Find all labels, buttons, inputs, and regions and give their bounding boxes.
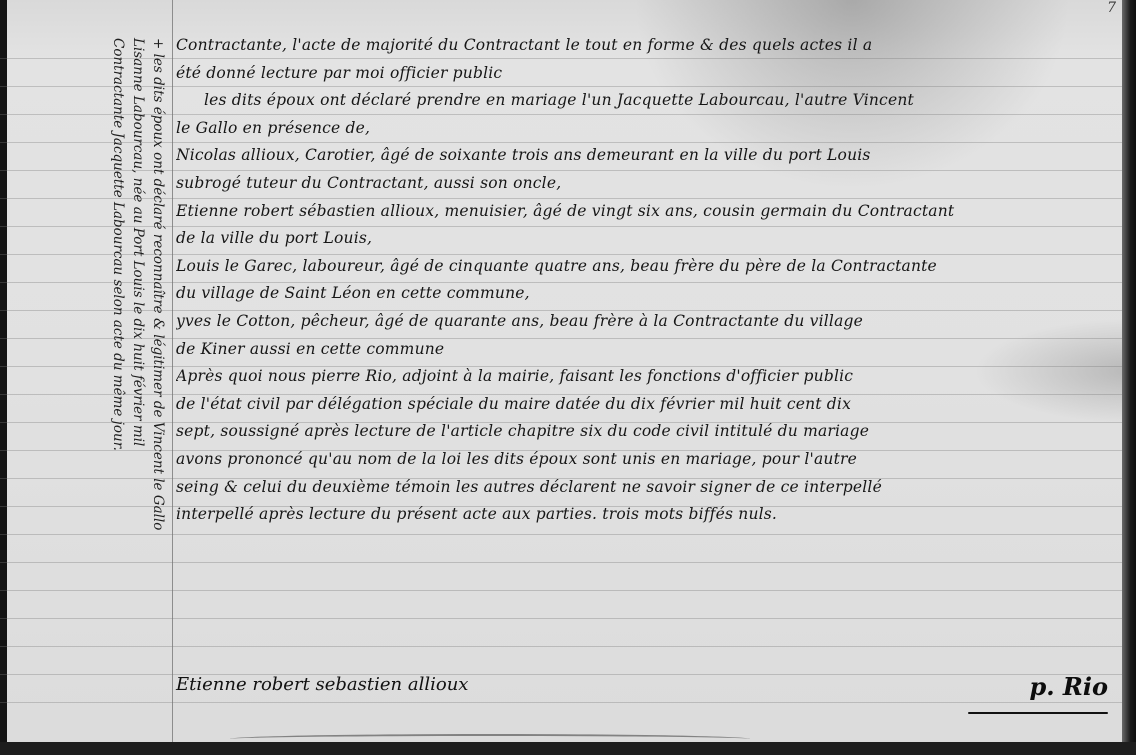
record-line: yves le Cotton, pêcheur, âgé de quarante…	[176, 308, 1116, 336]
record-line: Nicolas allioux, Carotier, âgé de soixan…	[176, 142, 1116, 170]
record-line: Louis le Garec, laboureur, âgé de cinqua…	[176, 253, 1116, 281]
page-number: 7	[1107, 0, 1116, 16]
record-line: Etienne robert sébastien allioux, menuis…	[176, 198, 1116, 226]
record-line: seing & celui du deuxième témoin les aut…	[176, 474, 1116, 502]
record-line: avons prononcé qu'au nom de la loi les d…	[176, 446, 1116, 474]
margin-rule	[172, 0, 173, 742]
record-line: subrogé tuteur du Contractant, aussi son…	[176, 170, 1116, 198]
signature-block: Etienne robert sebastien allioux p. Rio	[176, 672, 1116, 732]
witness-signature: Etienne robert sebastien allioux	[176, 674, 468, 695]
viewer-bottom-bar	[0, 742, 1136, 755]
ruled-line	[0, 534, 1122, 535]
ruled-line	[0, 562, 1122, 563]
margin-note-line: + les dits époux ont déclaré reconnaître…	[148, 38, 168, 698]
signature-flourish	[968, 712, 1108, 714]
record-line: sept, soussigné après lecture de l'artic…	[176, 418, 1116, 446]
scan-left-edge	[0, 0, 7, 742]
officer-signature: p. Rio	[1029, 672, 1108, 701]
record-line: Contractante, l'acte de majorité du Cont…	[176, 32, 1116, 60]
record-line: interpellé après lecture du présent acte…	[176, 501, 1116, 529]
margin-annotation: + les dits époux ont déclaré reconnaître…	[108, 38, 168, 698]
record-line: de la ville du port Louis,	[176, 225, 1116, 253]
ruled-line	[0, 646, 1122, 647]
record-line: les dits époux ont déclaré prendre en ma…	[176, 87, 1116, 115]
scan-right-edge	[1122, 0, 1136, 742]
record-line: de Kiner aussi en cette commune	[176, 336, 1116, 364]
register-page: 7 Contractante, l'acte de majorité du Co…	[0, 0, 1136, 742]
record-line: de l'état civil par délégation spéciale …	[176, 391, 1116, 419]
ruled-line	[0, 590, 1122, 591]
record-line: été donné lecture par moi officier publi…	[176, 60, 1116, 88]
record-line: Après quoi nous pierre Rio, adjoint à la…	[176, 363, 1116, 391]
record-line: le Gallo en présence de,	[176, 115, 1116, 143]
record-line: du village de Saint Léon en cette commun…	[176, 280, 1116, 308]
ruled-line	[0, 618, 1122, 619]
margin-note-line: Contractante Jacquette Labourcau selon a…	[108, 38, 128, 698]
record-body: Contractante, l'acte de majorité du Cont…	[176, 32, 1116, 529]
margin-note-line: Lisanne Labourcau, née au Port Louis le …	[128, 38, 148, 698]
next-entry-partial	[230, 734, 750, 742]
